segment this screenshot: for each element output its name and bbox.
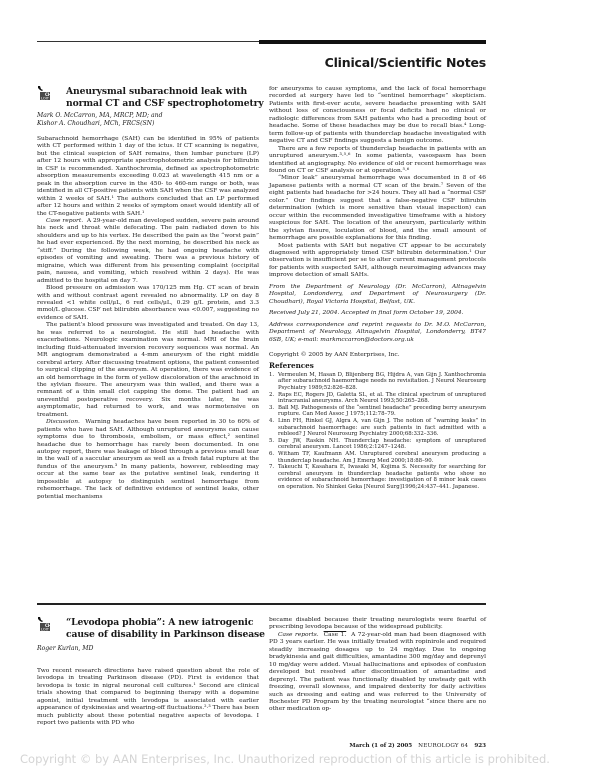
reference-text: Ball MJ. Pathogenesis of the “sentinel h…	[278, 405, 486, 418]
article-body-right: for aneurysms to cause symptoms, and the…	[269, 86, 486, 491]
reference-number: 3.	[269, 405, 274, 412]
section-title: Clinical/Scientific Notes	[325, 55, 486, 70]
header-rule-thick	[259, 40, 486, 44]
paragraph-continued: for aneurysms to cause symptoms, and the…	[269, 86, 486, 146]
reference-text: Vermeulen M, Hasan D, Blijenberg BG, Hij…	[278, 372, 486, 391]
article-authors: Mark O. McCarron, MA, MRCP, MD; and Kish…	[37, 112, 163, 127]
case-reports-label: Case reports.	[278, 632, 319, 638]
audio-podcast-icon[interactable]: CH LOIT	[37, 86, 51, 100]
article-body-left: Two recent research directions have rais…	[37, 668, 259, 728]
reference-number: 4.	[269, 418, 274, 425]
copyright-watermark: Copyright © by AAN Enterprises, Inc. Una…	[20, 752, 594, 766]
author-line: Roger Kurlan, MD	[37, 645, 93, 653]
reference-text: Takeuchi T, Kasahara E, Iwasaki M, Kojim…	[278, 464, 486, 490]
paragraph-case-reports: Case reports. Case 1. A 72-year-old man …	[269, 632, 486, 714]
article-title-line: cause of disability in Parkinson disease	[66, 629, 265, 641]
reference-number: 1.	[269, 372, 274, 379]
paragraph-continued: became disabled because their treating n…	[269, 617, 486, 632]
reference-number: 6.	[269, 451, 274, 458]
case-report-text: A 72-year-old man had been diagnosed wit…	[269, 632, 486, 713]
article-title: “Levodopa phobia”: A new iatrogenic caus…	[66, 617, 265, 640]
page-number: 923	[474, 743, 486, 749]
svg-text:LOIT: LOIT	[41, 97, 50, 101]
received-dates: Received July 21, 2004. Accepted in fina…	[269, 310, 486, 317]
case-number-label: Case 1.	[324, 632, 347, 638]
paragraph-thunderclap: There are a few reports of thunderclap h…	[269, 146, 486, 176]
reference-item: 2.Raps EC, Rogers JD, Galetta SL, et al.…	[269, 392, 486, 405]
article-divider	[37, 603, 486, 605]
paragraph-intro: Two recent research directions have rais…	[37, 668, 259, 728]
author-line: Mark O. McCarron, MA, MRCP, MD; and	[37, 112, 163, 120]
references-heading: References	[269, 362, 486, 369]
references-list: 1.Vermeulen M, Hasan D, Blijenberg BG, H…	[269, 372, 486, 491]
article-title-line: “Levodopa phobia”: A new iatrogenic	[66, 617, 265, 629]
case-report-label: Case report.	[46, 218, 83, 224]
article-body-left: Subarachnoid hemorrhage (SAH) can be ide…	[37, 136, 259, 501]
paragraph-intro: Subarachnoid hemorrhage (SAH) can be ide…	[37, 136, 259, 218]
header-rule-thin	[37, 41, 259, 42]
reference-item: 1.Vermeulen M, Hasan D, Blijenberg BG, H…	[269, 372, 486, 392]
author-line: Kishor A. Choudhari, MCh, FRCS(SN)	[37, 120, 163, 128]
svg-text:LOIT: LOIT	[41, 628, 50, 632]
affiliation: From the Department of Neurology (Dr. Mc…	[269, 284, 486, 306]
reference-number: 5.	[269, 438, 274, 445]
article-body-right: became disabled because their treating n…	[269, 617, 486, 714]
reference-item: 7.Takeuchi T, Kasahara E, Iwasaki M, Koj…	[269, 464, 486, 490]
paragraph-most-patients: Most patients with SAH but negative CT a…	[269, 243, 486, 280]
discussion-text: Warning headaches have been reported in …	[37, 419, 259, 500]
case-report-text: A 29-year-old man developed sudden, seve…	[37, 218, 259, 284]
audio-podcast-icon[interactable]: CH LOIT	[37, 617, 51, 631]
reference-text: Day JW, Raskin NH. Thunderclap headache:…	[278, 438, 486, 451]
reference-number: 7.	[269, 464, 274, 471]
paragraph-minor-leak: “Minor leak” aneurysmal hemorrhage was d…	[269, 175, 486, 242]
discussion-label: Discussion.	[46, 419, 80, 425]
reference-item: 4.Linn FH, Rinkel GJ, Algra A, van Gijn …	[269, 418, 486, 438]
paragraph-blood-pressure: Blood pressure on admission was 170/125 …	[37, 285, 259, 322]
paragraph-case-report: Case report. A 29-year-old man developed…	[37, 218, 259, 285]
article-title-line: normal CT and CSF spectrophotometry	[66, 98, 264, 110]
reference-number: 2.	[269, 392, 274, 399]
copyright-notice: Copyright © 2005 by AAN Enterprises, Inc…	[269, 352, 486, 359]
reference-text: Linn FH, Rinkel GJ, Algra A, van Gijn J.…	[278, 418, 486, 437]
reference-item: 3.Ball MJ. Pathogenesis of the “sentinel…	[269, 405, 486, 418]
paragraph-treatment: The patient’s blood pressure was investi…	[37, 322, 259, 419]
article-title: Aneurysmal subarachnoid leak with normal…	[66, 86, 264, 109]
reference-item: 5.Day JW, Raskin NH. Thunderclap headach…	[269, 438, 486, 451]
reference-text: Raps EC, Rogers JD, Galetta SL, et al. T…	[278, 392, 486, 405]
issue-date: March (1 of 2) 2005	[349, 743, 412, 749]
journal-volume: NEUROLOGY 64	[418, 743, 468, 749]
reference-text: Witham TF, Kaufmann AM. Unruptured cereb…	[278, 451, 486, 464]
article-authors: Roger Kurlan, MD	[37, 645, 93, 653]
paragraph-discussion: Discussion. Warning headaches have been …	[37, 419, 259, 501]
page-footer: March (1 of 2) 2005NEUROLOGY 64923	[349, 743, 486, 749]
article-title-line: Aneurysmal subarachnoid leak with	[66, 86, 264, 98]
reference-item: 6.Witham TF, Kaufmann AM. Unruptured cer…	[269, 451, 486, 464]
correspondence-address: Address correspondence and reprint reque…	[269, 322, 486, 344]
